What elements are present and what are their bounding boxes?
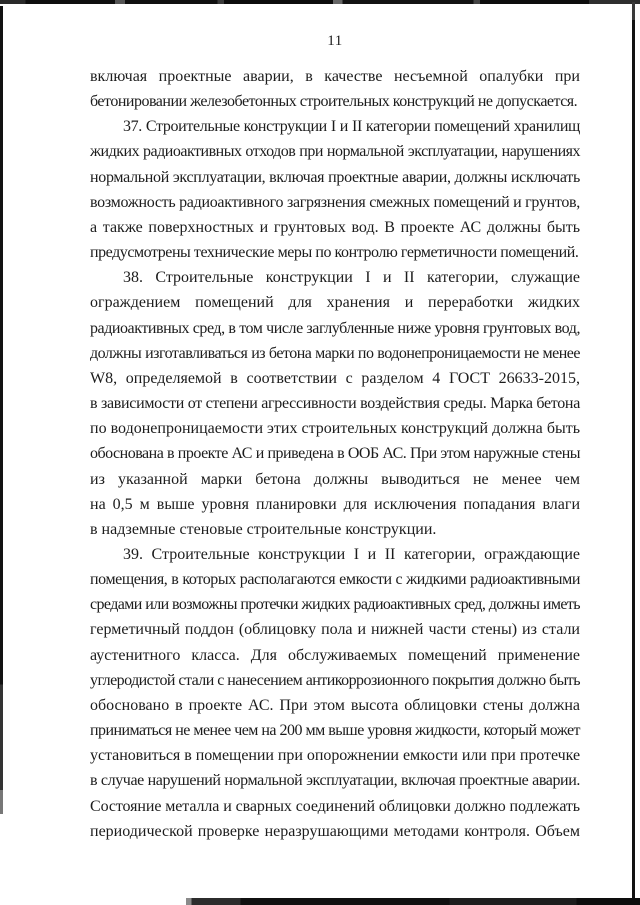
text-line: а также поверхностных и грунтовых вод. В… — [90, 215, 580, 240]
text-line: нормальной эксплуатации, включая проектн… — [90, 165, 580, 190]
text-line: включая проектные аварии, в качестве нес… — [90, 64, 580, 89]
text-line: обоснована в проекте АС и приведена в ОО… — [90, 441, 580, 466]
scan-edge-top — [0, 0, 640, 4]
document-page: 11 включая проектные аварии, в качестве … — [0, 0, 640, 905]
text-line: помещения, в которых располагаются емкос… — [90, 567, 580, 592]
text-line: установиться в помещении при опорожнении… — [90, 743, 580, 768]
text-line: периодической проверке неразрушающими ме… — [90, 819, 580, 844]
scan-edge-right — [632, 2, 635, 903]
text-line: по водонепроницаемости этих строительных… — [90, 416, 580, 441]
document-body: включая проектные аварии, в качестве нес… — [90, 64, 580, 844]
text-line: ограждением помещений для хранения и пер… — [90, 290, 580, 315]
text-line: радиоактивных сред, в том числе заглубле… — [90, 316, 580, 341]
text-line: обосновано в проекте АС. При этом высота… — [90, 693, 580, 718]
scan-edge-bottom — [186, 898, 640, 905]
text-line: в случае нарушений нормальной эксплуатац… — [90, 768, 580, 793]
text-line: в зависимости от степени агрессивности в… — [90, 391, 580, 416]
text-line: средами или возможны протечки жидких рад… — [90, 592, 580, 617]
text-line: 39. Строительные конструкции I и II кате… — [90, 542, 580, 567]
text-line: 37. Строительные конструкции I и II кате… — [90, 114, 580, 139]
paragraph-37: 37. Строительные конструкции I и II кате… — [90, 114, 580, 265]
paragraph-38: 38. Строительные конструкции I и II кате… — [90, 265, 580, 542]
text-line: 38. Строительные конструкции I и II кате… — [90, 265, 580, 290]
text-line: жидких радиоактивных отходов при нормаль… — [90, 139, 580, 164]
paragraph-39: 39. Строительные конструкции I и II кате… — [90, 542, 580, 844]
text-line: возможность радиоактивного загрязнения с… — [90, 190, 580, 215]
page-number: 11 — [90, 33, 580, 50]
text-line: в надземные стеновые строительные констр… — [90, 517, 580, 542]
text-line: приниматься не менее чем на 200 мм выше … — [90, 718, 580, 743]
text-line: из указанной марки бетона должны выводит… — [90, 467, 580, 492]
text-line: углеродистой стали с нанесением антикорр… — [90, 668, 580, 693]
text-line: должны изготавливаться из бетона марки п… — [90, 341, 580, 366]
text-line: Состояние металла и сварных соединений о… — [90, 794, 580, 819]
text-line: бетонировании железобетонных строительны… — [90, 89, 580, 114]
text-line: герметичный поддон (облицовку пола и ниж… — [90, 617, 580, 642]
text-line: W8, определяемой в соответствии с раздел… — [90, 366, 580, 391]
text-line: на 0,5 м выше уровня планировки для искл… — [90, 492, 580, 517]
paragraph-continuation: включая проектные аварии, в качестве нес… — [90, 64, 580, 114]
text-line: предусмотрены технические меры по контро… — [90, 240, 580, 265]
text-line: аустенитного класса. Для обслуживаемых п… — [90, 643, 580, 668]
scan-edge-left — [0, 6, 3, 814]
